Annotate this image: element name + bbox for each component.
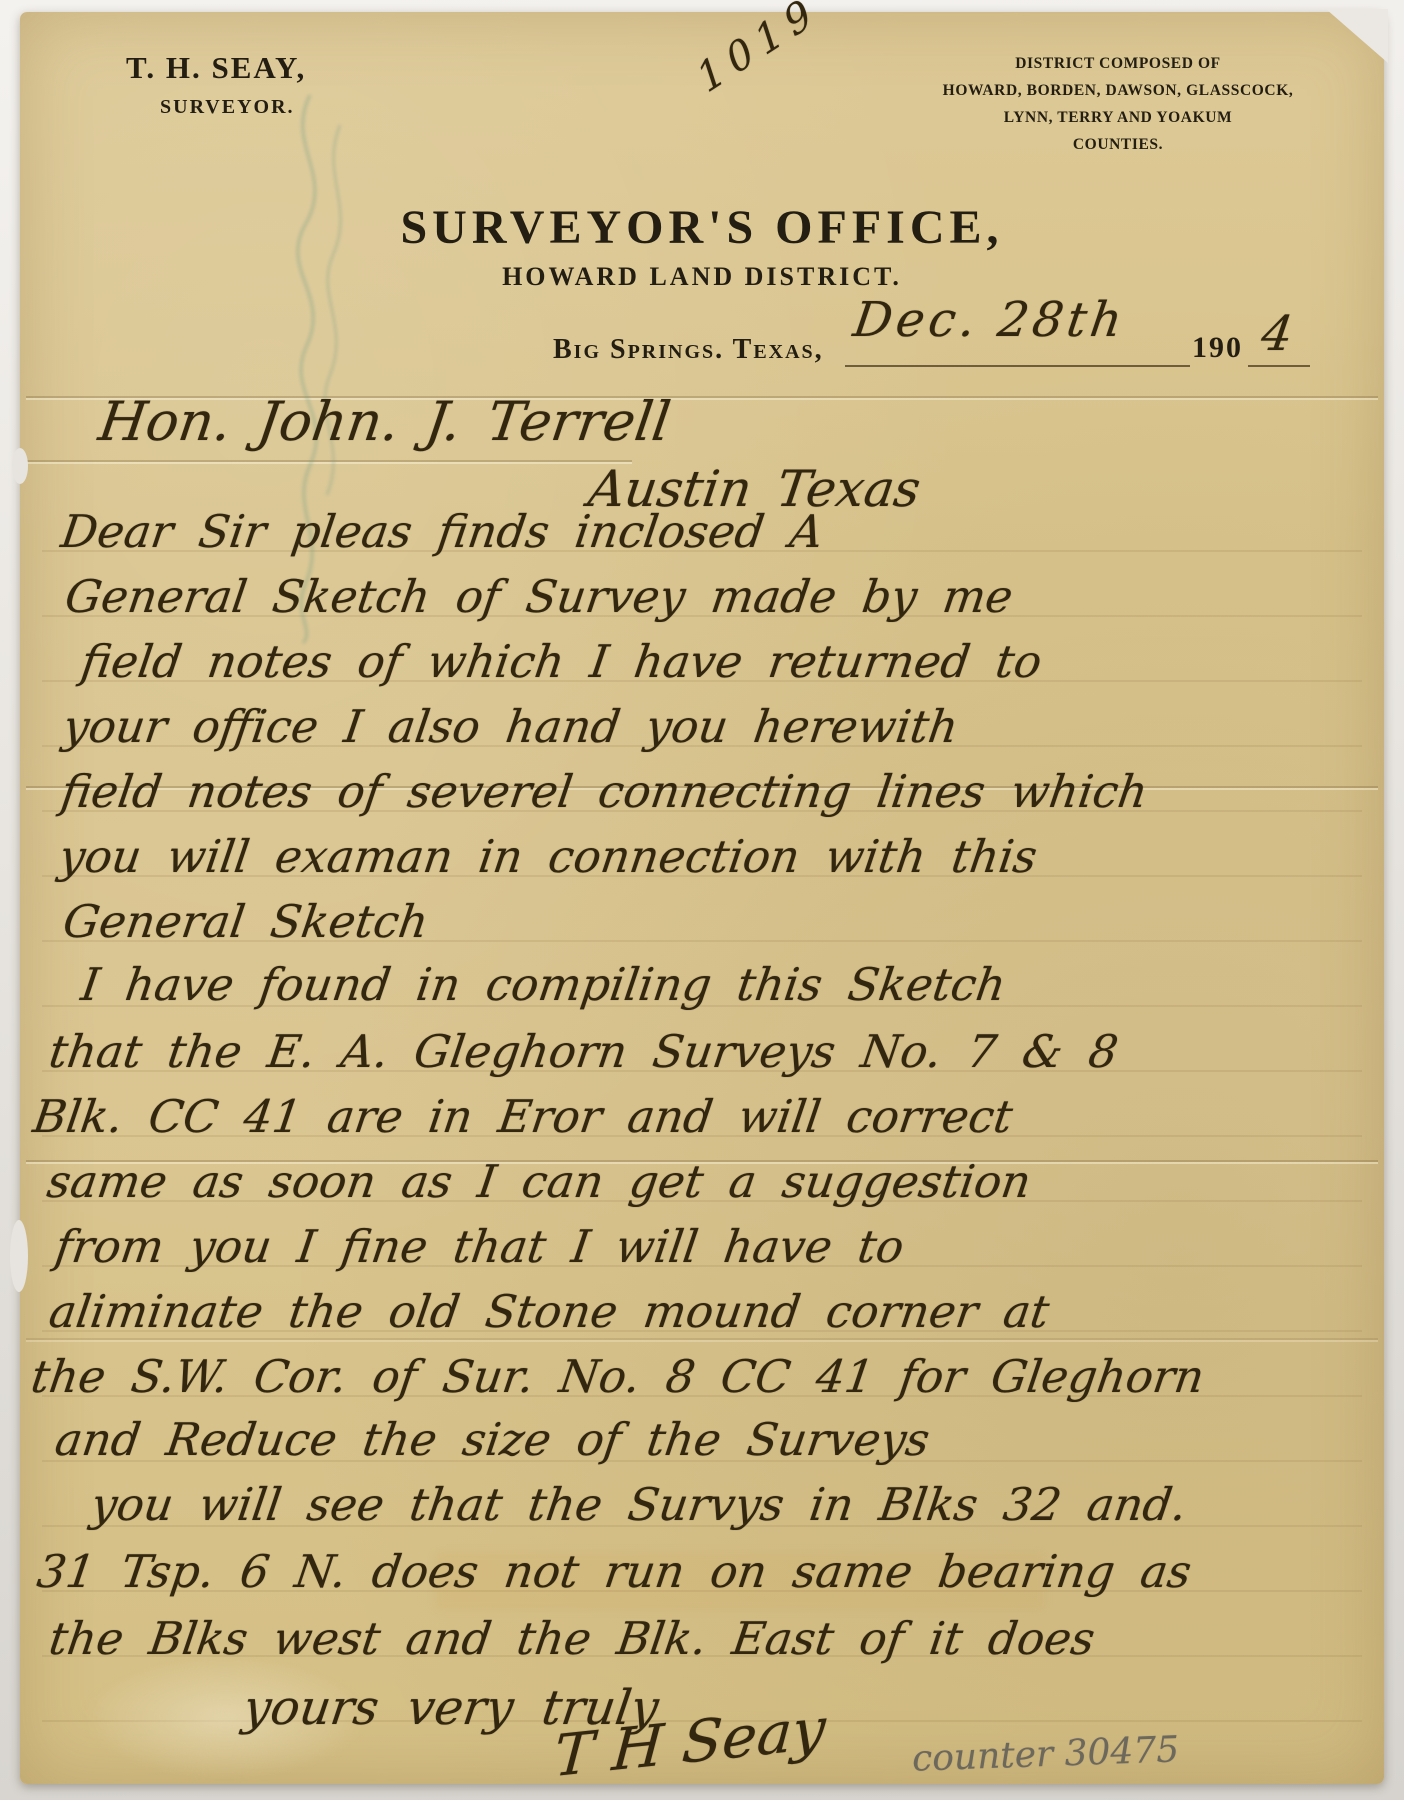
letter-line: you will examan in connection with this xyxy=(56,830,1040,883)
letter-line: General Sketch of Survey made by me xyxy=(62,570,1016,623)
paper-notch xyxy=(12,448,28,484)
district-line: LYNN, TERRY AND YOAKUM xyxy=(928,104,1308,131)
surveyor-name: T. H. SEAY, xyxy=(126,50,306,86)
letter-line: 31 Tsp. 6 N. does not run on same bearin… xyxy=(34,1545,1195,1598)
letter-line: aliminate the old Stone mound corner at xyxy=(46,1285,1052,1338)
dateline-place: Big Springs. Texas, xyxy=(553,334,824,366)
fold-crease xyxy=(26,1338,1378,1342)
office-subtitle: HOWARD LAND DISTRICT. xyxy=(0,262,1404,292)
dateline-year-printed: 190 xyxy=(1192,331,1243,365)
letter-line: the Blks west and the Blk. East of it do… xyxy=(46,1612,1098,1665)
letter-line: your office I also hand you herewith xyxy=(60,700,961,753)
letter-line: General Sketch xyxy=(60,895,432,948)
letter-line: field notes of which I have returned to xyxy=(78,635,1045,688)
district-composed-block: DISTRICT COMPOSED OF HOWARD, BORDEN, DAW… xyxy=(928,50,1308,158)
recipient-line: Hon. John. J. Terrell xyxy=(95,390,674,453)
scanned-letter: 1019 T. H. SEAY, SURVEYOR. DISTRICT COMP… xyxy=(0,0,1404,1800)
dateline-rule xyxy=(845,365,1190,367)
letter-line: Blk. CC 41 are in Eror and will correct xyxy=(30,1090,1016,1143)
dateline-rule xyxy=(1248,365,1310,367)
district-line: DISTRICT COMPOSED OF xyxy=(928,50,1308,77)
letter-line: and Reduce the size of the Surveys xyxy=(52,1413,933,1466)
letter-line: that the E. A. Gleghorn Surveys No. 7 & … xyxy=(46,1025,1121,1078)
letter-line: the S.W. Cor. of Sur. No. 8 CC 41 for Gl… xyxy=(28,1350,1208,1403)
letter-line: field notes of severel connecting lines … xyxy=(58,765,1151,818)
letter-line: same as soon as I can get a suggestion xyxy=(44,1155,1034,1208)
letter-line: Dear Sir pleas finds inclosed A xyxy=(58,505,826,558)
district-line: HOWARD, BORDEN, DAWSON, GLASSCOCK, xyxy=(928,77,1308,104)
office-title: SURVEYOR'S OFFICE, xyxy=(0,200,1404,255)
letter-line: I have found in compiling this Sketch xyxy=(78,958,1009,1011)
surveyor-title: SURVEYOR. xyxy=(160,96,295,119)
letter-line: from you I fine that I will have to xyxy=(52,1220,907,1273)
paper-notch xyxy=(10,1220,28,1292)
ink-show-through xyxy=(255,85,375,645)
letter-line: you will see that the Survys in Blks 32 … xyxy=(88,1478,1190,1531)
dateline-date-handwritten: Dec. 28th xyxy=(850,292,1129,348)
district-line: COUNTIES. xyxy=(928,131,1308,158)
